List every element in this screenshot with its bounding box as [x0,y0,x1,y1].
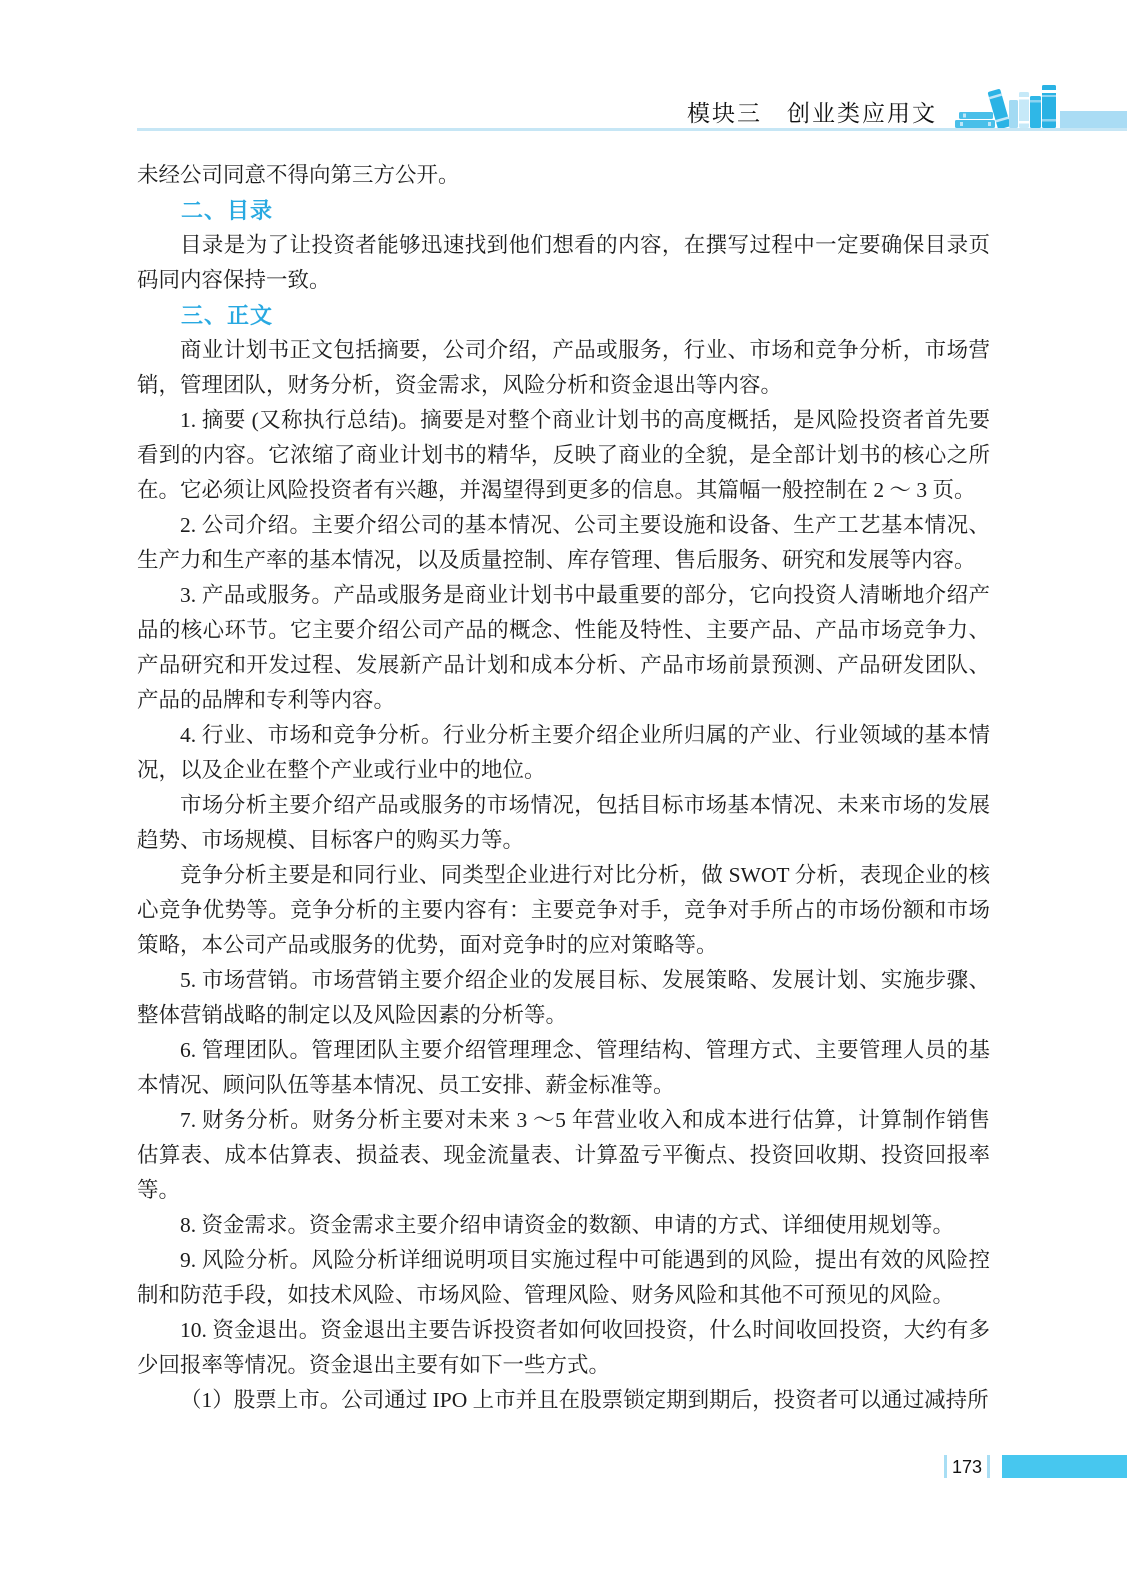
module-header-title: 模块三 创业类应用文 [687,95,937,128]
paragraph: 9. 风险分析。风险分析详细说明项目实施过程中可能遇到的风险，提出有效的风险控制… [137,1243,990,1313]
paragraph: （1）股票上市。公司通过 IPO 上市并且在股票锁定期到期后，投资者可以通过减持… [137,1383,990,1418]
paragraph: 10. 资金退出。资金退出主要告诉投资者如何收回投资，什么时间收回投资，大约有多… [137,1313,990,1383]
paragraph: 5. 市场营销。市场营销主要介绍企业的发展目标、发展策略、发展计划、实施步骤、整… [137,963,990,1033]
paragraph: 竞争分析主要是和同行业、同类型企业进行对比分析，做 SWOT 分析，表现企业的核… [137,858,990,963]
footer-accent-bar [1002,1455,1127,1478]
paragraph: 2. 公司介绍。主要介绍公司的基本情况、公司主要设施和设备、生产工艺基本情况、生… [137,508,990,578]
page-number: 173 [947,1457,987,1478]
paragraph: 7. 财务分析。财务分析主要对未来 3 ～5 年营业收入和成本进行估算，计算制作… [137,1103,990,1208]
paragraph: 市场分析主要介绍产品或服务的市场情况，包括目标市场基本情况、未来市场的发展趋势、… [137,788,990,858]
paragraph: 1. 摘要 (又称执行总结)。摘要是对整个商业计划书的高度概括，是风险投资者首先… [137,403,990,508]
paragraph: 商业计划书正文包括摘要，公司介绍，产品或服务，行业、市场和竞争分析，市场营销，管… [137,333,990,403]
paragraph: 目录是为了让投资者能够迅速找到他们想看的内容，在撰写过程中一定要确保目录页码同内… [137,228,990,298]
textbook-page: 模块三 创业类应用文 未经公司同意不得向第三方公开。 二、目录 目录是为了 [0,0,1127,1570]
paragraph: 4. 行业、市场和竞争分析。行业分析主要介绍企业所归属的产业、行业领域的基本情况… [137,718,990,788]
section-heading-body: 三、正文 [137,298,990,333]
paragraph: 3. 产品或服务。产品或服务是商业计划书中最重要的部分，它向投资人清晰地介绍产品… [137,578,990,718]
page-body: 未经公司同意不得向第三方公开。 二、目录 目录是为了让投资者能够迅速找到他们想看… [137,158,990,1450]
paragraph: 8. 资金需求。资金需求主要介绍申请资金的数额、申请的方式、详细使用规划等。 [137,1208,990,1243]
section-heading-toc: 二、目录 [137,193,990,228]
paragraph-continuation: 未经公司同意不得向第三方公开。 [137,158,990,193]
header-rule [137,128,1127,131]
footer-divider [987,1455,990,1478]
books-icon [952,82,1127,130]
paragraph: 6. 管理团队。管理团队主要介绍管理理念、管理结构、管理方式、主要管理人员的基本… [137,1033,990,1103]
